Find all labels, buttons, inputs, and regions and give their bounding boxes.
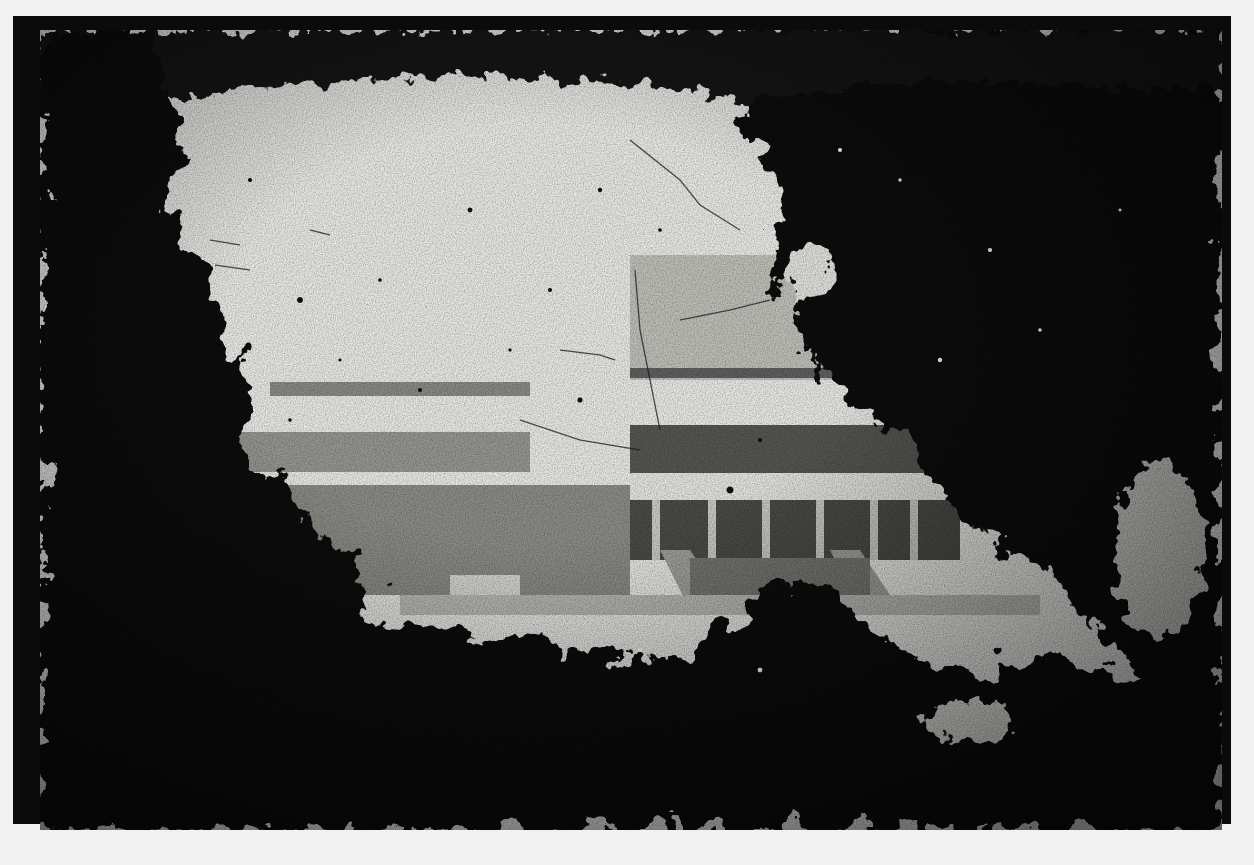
vignette xyxy=(40,30,1222,830)
temple-photo-scene xyxy=(40,30,1222,830)
photograph xyxy=(40,30,1222,830)
